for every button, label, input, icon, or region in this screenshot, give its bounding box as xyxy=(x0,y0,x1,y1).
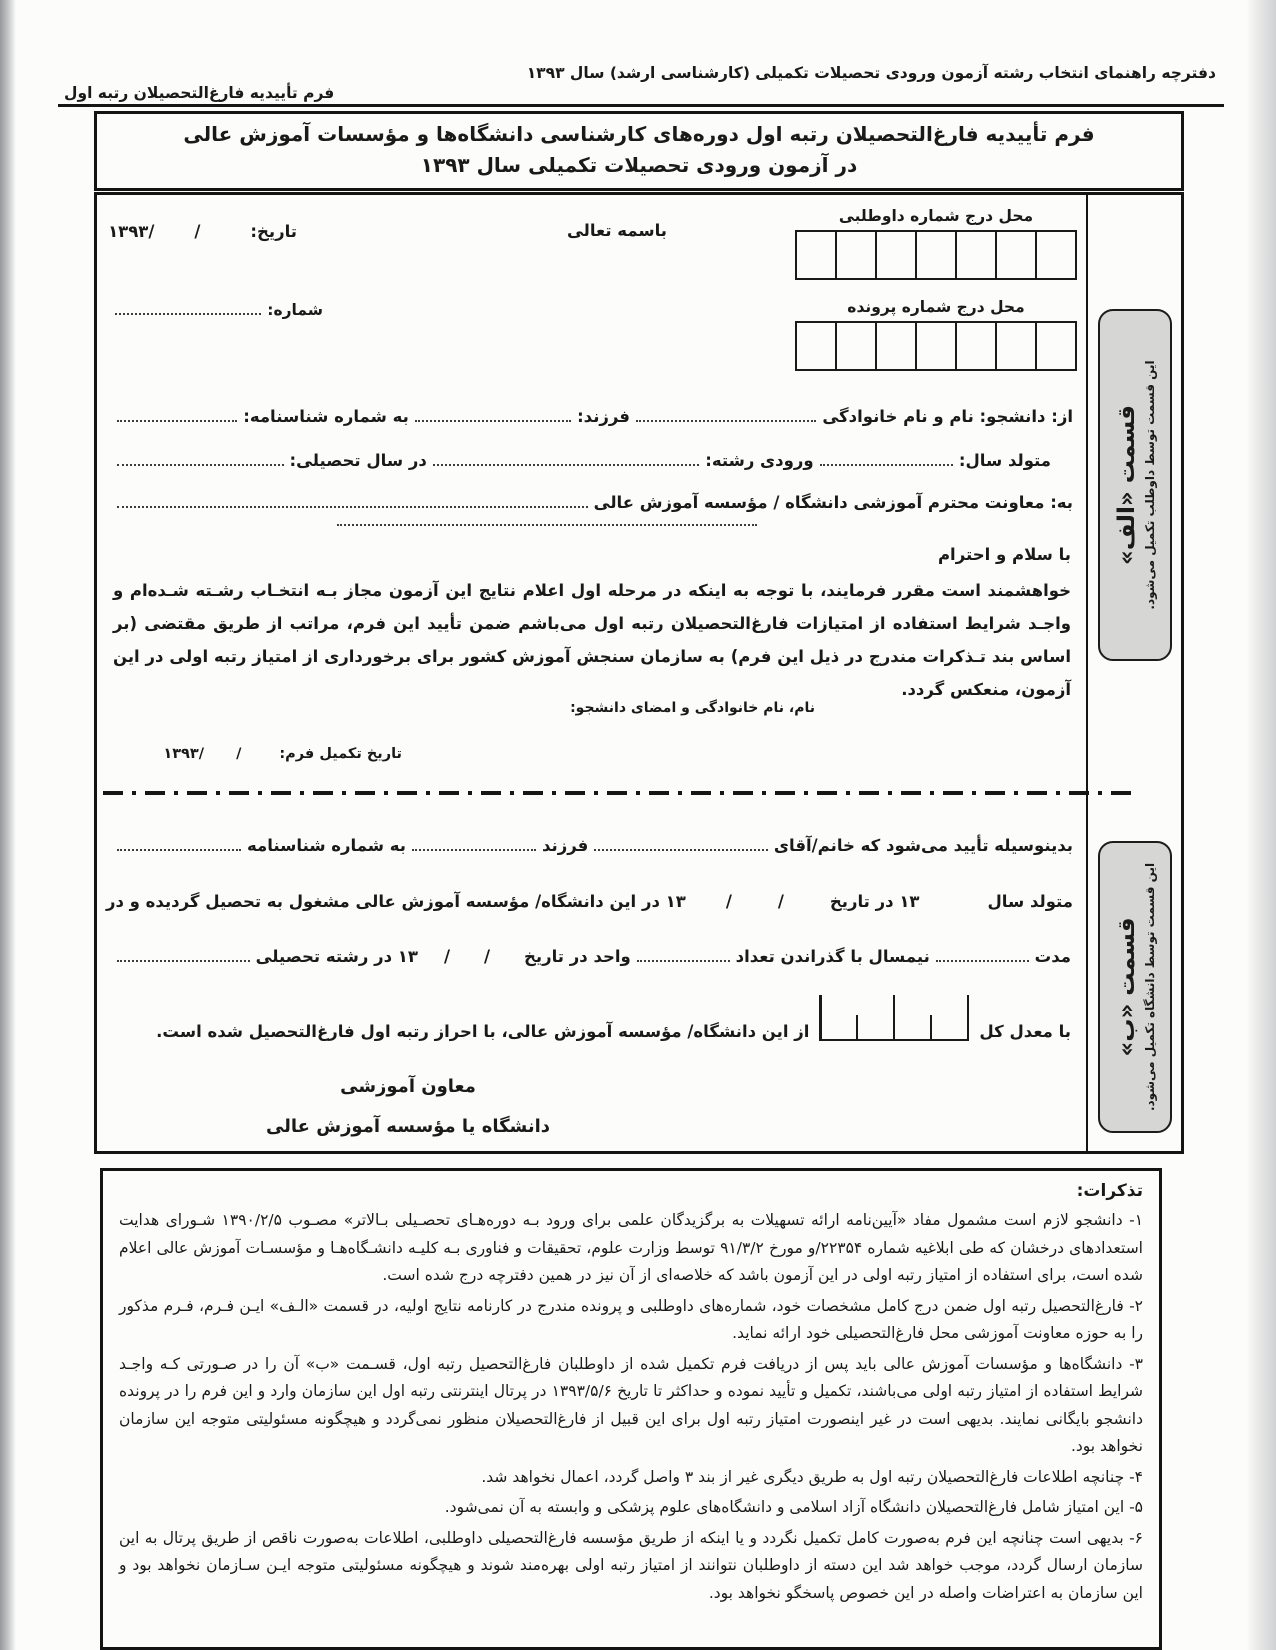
gpa-grid-line xyxy=(930,1015,933,1039)
form-content: محل درج شماره داوطلبی محل درج شماره پرون… xyxy=(97,195,1085,1151)
section-b-tab-text: قسمت «ب» این قسمت توسط دانشگاه تکمیل می‌… xyxy=(1102,849,1168,1125)
grad-slash-2: / xyxy=(444,947,450,966)
enrollment-line: متولد سال ۱۳ در تاریخ / / ۱۳ در این دانش… xyxy=(111,892,1073,911)
note-item-5: ۵- این امتیاز شامل فارغ‌التحصیلان دانشگا… xyxy=(119,1494,1143,1522)
section-b-tab-title: قسمت «ب» xyxy=(1114,917,1140,1056)
letter-number-line: شماره: xyxy=(109,301,323,319)
semesters-blank xyxy=(936,955,1029,962)
units-blank xyxy=(637,955,730,962)
digit-cell xyxy=(835,323,875,369)
gpa-grid-line xyxy=(967,995,970,1039)
number-entry-block: محل درج شماره داوطلبی محل درج شماره پرون… xyxy=(795,207,1077,371)
entry-major-label: ورودی رشته: xyxy=(705,451,813,470)
scan-edge-right xyxy=(1246,0,1276,1650)
form-date-year: /۱۳۹۳ xyxy=(163,746,204,762)
tab-column-divider xyxy=(1086,195,1089,1151)
basmala-text: باسمه تعالی xyxy=(567,221,667,240)
digit-cell xyxy=(875,323,915,369)
field-blank xyxy=(117,955,250,962)
b-date-slash-2: / xyxy=(726,892,732,911)
entry-major-blank xyxy=(433,459,699,466)
letter-number-label: شماره: xyxy=(267,301,323,319)
certify-name-blank xyxy=(594,844,768,851)
gpa-grid-line xyxy=(893,995,896,1039)
grad-slash-1: / xyxy=(484,947,490,966)
gpa-suffix-text: از این دانشگاه/ مؤسسه آموزش عالی، با احر… xyxy=(156,1022,809,1041)
field-label: ۱۳ در رشته تحصیلی xyxy=(256,947,418,966)
from-student-label: از: دانشجو: نام و نام خانوادگی xyxy=(822,407,1073,426)
b-birth-year-label: متولد سال xyxy=(987,892,1073,911)
notes-heading: تذکرات: xyxy=(119,1181,1143,1201)
dean-title-line-1: معاون آموزشی xyxy=(265,1067,551,1107)
student-identity-line: از: دانشجو: نام و نام خانوادگی فرزند: به… xyxy=(111,407,1073,426)
header-rule xyxy=(58,104,1224,107)
date-label: تاریخ: xyxy=(250,222,297,241)
birth-year-blank xyxy=(820,459,953,466)
salutation-text: با سلام و احترام xyxy=(938,545,1071,564)
unit-date-label: واحد در تاریخ xyxy=(524,947,631,966)
certify-child-label: فرزند xyxy=(542,836,588,855)
child-of-label: فرزند: xyxy=(577,407,630,426)
birth-entry-line: متولد سال: ورودی رشته: در سال تحصیلی: xyxy=(111,451,1051,470)
file-number-grid xyxy=(795,321,1077,371)
form-header-text: فرم تأییدیه فارغ‌التحصیلان رتبه اول xyxy=(64,84,334,102)
scanned-form-page: دفترچه راهنمای انتخاب رشته آزمون ورودی ت… xyxy=(0,0,1276,1650)
duration-label: مدت xyxy=(1035,947,1071,966)
form-date-label: تاریخ تکمیل فرم: xyxy=(279,746,402,762)
id-number-blank xyxy=(117,415,237,422)
candidate-number-grid xyxy=(795,230,1077,280)
certify-line: بدینوسیله تأیید می‌شود که خانم/آقای فرزن… xyxy=(111,836,1073,855)
note-item-3: ۳- دانشگاه‌ها و مؤسسات آموزش عالی باید پ… xyxy=(119,1351,1143,1461)
dean-signature-block: معاون آموزشی دانشگاه یا مؤسسه آموزش عالی xyxy=(265,1067,551,1147)
file-number-label: محل درج شماره پرونده xyxy=(795,298,1077,316)
digit-cell xyxy=(1035,323,1075,369)
section-a-tab: قسمت «الف» این قسمت توسط داوطلب تکمیل می… xyxy=(1098,309,1172,661)
section-b-tab-subtitle: این قسمت توسط دانشگاه تکمیل می‌شود. xyxy=(1143,863,1157,1111)
digit-cell xyxy=(955,323,995,369)
section-divider-dashdot xyxy=(103,791,1139,795)
title-line-1: فرم تأییدیه فارغ‌التحصیلان رتبه اول دوره… xyxy=(105,119,1173,150)
gpa-line: با معدل کل از این دانشگاه/ مؤسسه آموزش ع… xyxy=(111,995,1071,1041)
gpa-grid xyxy=(819,995,969,1041)
section-a-tab-title: قسمت «الف» xyxy=(1114,405,1140,565)
title-box: فرم تأییدیه فارغ‌التحصیلان رتبه اول دوره… xyxy=(94,111,1184,191)
gpa-grid-line xyxy=(856,1015,859,1039)
note-item-4: ۴- چنانچه اطلاعات فارغ‌التحصیلان رتبه او… xyxy=(119,1464,1143,1492)
addressee-label: به: معاونت محترم آموزشی دانشگاه / مؤسسه … xyxy=(594,493,1073,512)
certify-father-blank xyxy=(412,844,536,851)
digit-cell xyxy=(995,323,1035,369)
note-item-1: ۱- دانشجو لازم است مشمول مفاد «آیین‌نامه… xyxy=(119,1207,1143,1290)
scan-edge-left xyxy=(0,0,16,1650)
date-year: /۱۳۹۳ xyxy=(108,222,154,241)
name-blank xyxy=(636,415,816,422)
digit-cell xyxy=(915,232,955,278)
section-b-tab: قسمت «ب» این قسمت توسط دانشگاه تکمیل می‌… xyxy=(1098,841,1172,1133)
digit-cell xyxy=(1035,232,1075,278)
semester-label: نیمسال با گذراندن تعداد xyxy=(736,947,930,966)
duration-line: مدت نیمسال با گذراندن تعداد واحد در تاری… xyxy=(111,947,1071,966)
father-name-blank xyxy=(415,415,571,422)
institution-name-blank xyxy=(117,501,588,508)
date-slash: / xyxy=(194,222,200,241)
b-birth-prefix: ۱۳ در تاریخ xyxy=(830,892,920,911)
dean-title-line-2: دانشگاه یا مؤسسه آموزش عالی xyxy=(265,1107,551,1147)
birth-year-label: متولد سال: xyxy=(959,451,1051,470)
candidate-number-label: محل درج شماره داوطلبی xyxy=(795,207,1077,225)
digit-cell xyxy=(875,232,915,278)
b-date-slash-1: / xyxy=(778,892,784,911)
form-date-slash: / xyxy=(236,746,241,762)
digit-cell xyxy=(835,232,875,278)
certify-id-blank xyxy=(117,844,241,851)
date-line: تاریخ: / /۱۳۹۳ xyxy=(109,222,297,241)
note-item-2: ۲- فارغ‌التحصیل رتبه اول ضمن درج کامل مش… xyxy=(119,1293,1143,1348)
booklet-header-text: دفترچه راهنمای انتخاب رشته آزمون ورودی ت… xyxy=(527,64,1216,82)
request-paragraph: خواهشمند است مقرر فرمایند، با توجه به ای… xyxy=(113,574,1071,706)
note-item-6: ۶- بدیهی است چنانچه این فرم به‌صورت کامل… xyxy=(119,1525,1143,1608)
academic-year-label: در سال تحصیلی: xyxy=(290,451,427,470)
gpa-grid-line xyxy=(819,995,822,1039)
letter-number-blank xyxy=(115,308,261,315)
form-body-box: محل درج شماره داوطلبی محل درج شماره پرون… xyxy=(94,192,1184,1154)
digit-cell xyxy=(797,232,835,278)
digit-cell xyxy=(915,323,955,369)
b-enrolled-text: ۱۳ در این دانشگاه/ مؤسسه آموزش عالی مشغو… xyxy=(106,892,686,911)
section-a-tab-subtitle: این قسمت توسط داوطلب تکمیل می‌شود. xyxy=(1143,360,1157,609)
title-line-2: در آزمون ورودی تحصیلات تکمیلی سال ۱۳۹۳ xyxy=(105,150,1173,181)
certify-label: بدینوسیله تأیید می‌شود که خانم/آقای xyxy=(774,836,1073,855)
gpa-label: با معدل کل xyxy=(979,1022,1071,1041)
student-signature-label: نام، نام خانوادگی و امضای دانشجو: xyxy=(570,700,815,716)
digit-cell xyxy=(995,232,1035,278)
digit-cell xyxy=(955,232,995,278)
institution-name-blank-2 xyxy=(337,520,757,526)
notes-box: تذکرات: ۱- دانشجو لازم است مشمول مفاد «آ… xyxy=(100,1168,1162,1650)
certify-id-label: به شماره شناسنامه xyxy=(247,836,406,855)
digit-cell xyxy=(797,323,835,369)
section-a-tab-text: قسمت «الف» این قسمت توسط داوطلب تکمیل می… xyxy=(1102,320,1168,650)
academic-year-blank xyxy=(117,459,284,466)
addressee-line: به: معاونت محترم آموزشی دانشگاه / مؤسسه … xyxy=(111,493,1073,512)
form-completion-date-line: تاریخ تکمیل فرم: / /۱۳۹۳ xyxy=(210,746,402,762)
id-number-label: به شماره شناسنامه: xyxy=(243,407,409,426)
